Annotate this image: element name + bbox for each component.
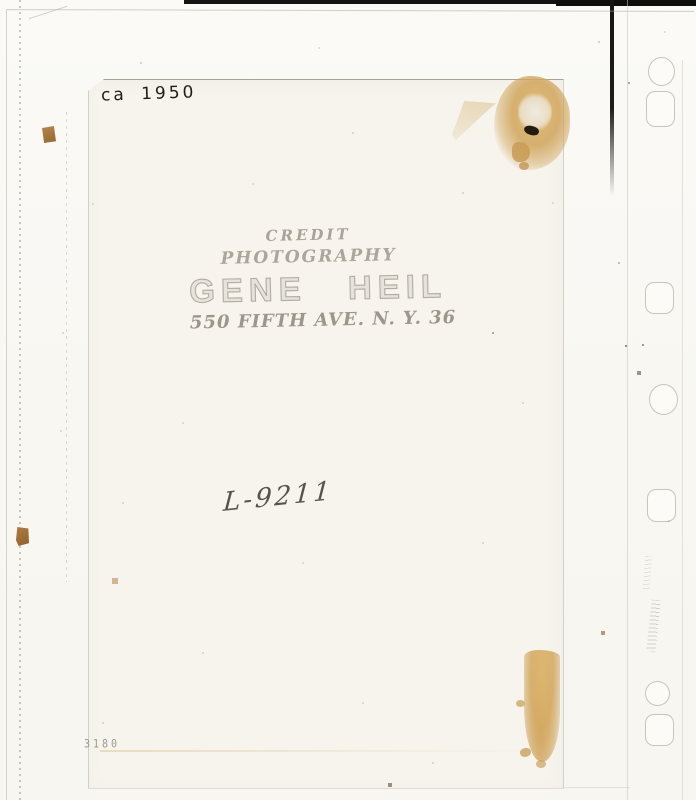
scanner-edge-bar-thick: [556, 0, 696, 6]
handwritten-date: ca 1950: [101, 82, 197, 105]
scanned-photo-back-page: ca 1950 CREDIT PHOTOGRAPHY GENE HEIL 550…: [0, 0, 696, 800]
binder-hole: [645, 282, 674, 314]
paper-spot-brown: [16, 527, 29, 546]
page-perforated-edge: [19, 0, 21, 800]
stamp-photography-line: PHOTOGRAPHY: [188, 244, 428, 269]
paper-spot-brown: [42, 126, 56, 143]
page-top-edge-line: [6, 9, 694, 12]
binder-hole: [645, 681, 670, 706]
tape-stain-bottom-right: [524, 650, 560, 762]
photographer-credit-stamp: CREDIT PHOTOGRAPHY GENE HEIL 550 FIFTH A…: [188, 223, 430, 333]
faint-vertical-printing: [643, 556, 652, 590]
page-crease-line: [66, 112, 67, 582]
glue-residue-line: [100, 750, 540, 752]
stain-bit: [516, 700, 525, 707]
stamp-credit-line: CREDIT: [188, 223, 428, 246]
binder-hole: [648, 57, 675, 86]
binder-hole: [649, 384, 678, 415]
photo-back: ca 1950 CREDIT PHOTOGRAPHY GENE HEIL 550…: [88, 79, 564, 789]
paper-specks: [0, 0, 2, 2]
page-right-edge-line-2: [682, 60, 683, 800]
stain-bit: [519, 162, 529, 170]
stamp-address-line: 550 FIFTH AVE. N. Y. 36: [190, 307, 430, 333]
binder-hole: [647, 489, 676, 522]
scanner-edge-streak: [610, 0, 614, 196]
page-right-edge-line: [627, 0, 628, 800]
binder-hole: [646, 91, 675, 127]
binder-hole: [645, 714, 674, 746]
stamp-photographer-name: GENE HEIL: [189, 267, 430, 310]
faint-vertical-printing: [646, 600, 660, 653]
page-bottom-edge-line: [555, 787, 630, 788]
pencil-negative-number: L-9211: [222, 476, 334, 518]
page-left-edge-line: [6, 10, 7, 800]
stain-drip: [512, 142, 530, 162]
faint-print-code: 3180: [84, 738, 120, 750]
tape-stain-top-right: [494, 76, 570, 170]
scratch-mark: [29, 6, 67, 19]
stain-bit: [536, 760, 546, 768]
